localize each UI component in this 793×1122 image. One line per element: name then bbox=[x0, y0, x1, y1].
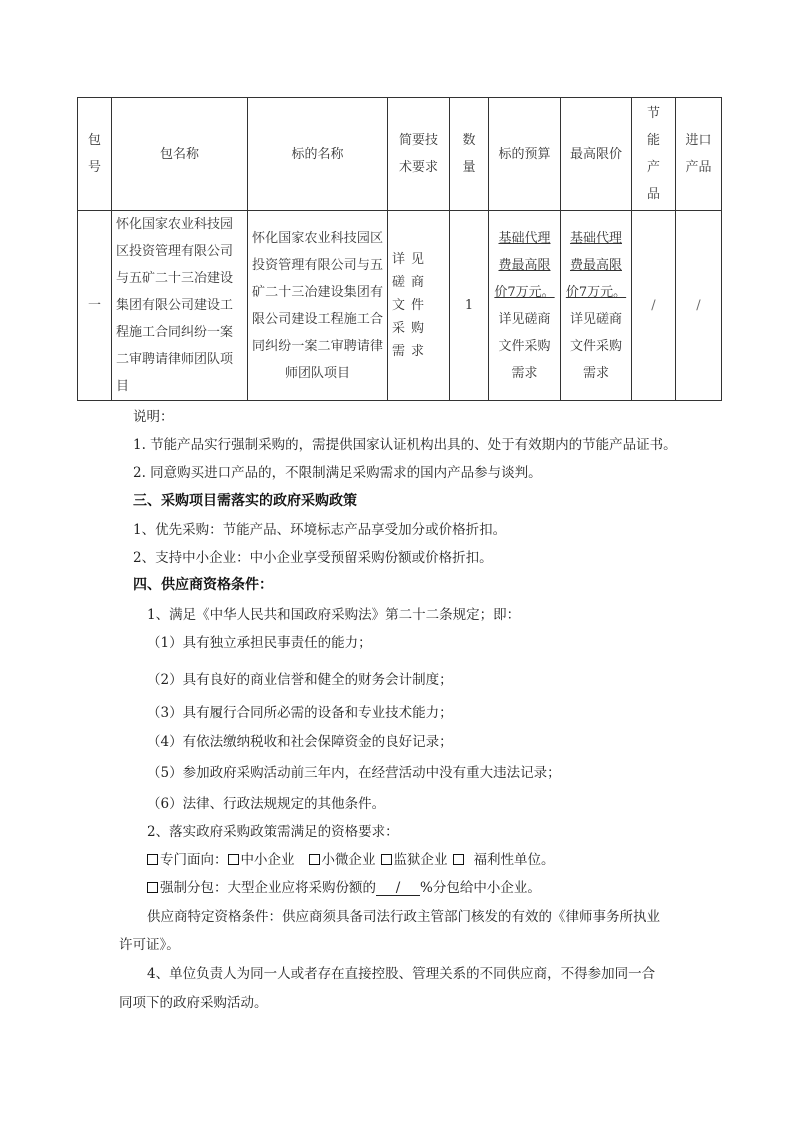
specific-qualification-line1: 供应商特定资格条件：供应商须具备司法行政主管部门核发的有效的《律师事务所执业 bbox=[147, 905, 660, 925]
cell-qty: 1 bbox=[450, 211, 489, 401]
note-item: 2. 同意购买进口产品的，不限制满足采购需求的国内产品参与谈判。 bbox=[133, 461, 542, 481]
item4-line1: 4、单位负责人为同一人或者存在直接控股、管理关系的不同供应商，不得参加同一合 bbox=[147, 962, 655, 982]
option-prison: 监狱企业 bbox=[394, 852, 448, 868]
max-price-note: 详见磋商文件采购需求 bbox=[565, 306, 627, 387]
table-header-row: 包 号 包名称 标的名称 简要技 术要求 数 量 标的预算 最高限价 节 能 产… bbox=[78, 98, 722, 211]
section4-heading: 四、供应商资格条件： bbox=[133, 574, 273, 594]
header-pkg-name: 包名称 bbox=[112, 98, 248, 211]
cell-energy: / bbox=[632, 211, 676, 401]
cell-max-price: 基础代理费最高限价7万元。 详见磋商文件采购需求 bbox=[561, 211, 632, 401]
header-text: 能 bbox=[636, 127, 671, 154]
budget-limit-text: 基础代理费最高限价7万元。 bbox=[493, 225, 556, 306]
section3-heading: 三、采购项目需落实的政府采购政策 bbox=[133, 490, 357, 510]
cell-pkg-name: 怀化国家农业科技园区投资管理有限公司与五矿二十三冶建设集团有限公司建设工程施工合… bbox=[112, 211, 248, 401]
header-qty: 数 量 bbox=[450, 98, 489, 211]
sub-item: （4）有依法缴纳税收和社会保障资金的良好记录； bbox=[147, 730, 453, 750]
cell-tech-req: 详见磋商文件采购需求 bbox=[388, 211, 450, 401]
specific-qualification-line2: 许可证》。 bbox=[119, 933, 180, 953]
header-text: 数 bbox=[454, 127, 484, 154]
cell-target-name: 怀化国家农业科技园区投资管理有限公司与五矿二十三冶建设集团有限公司建设工程施工合… bbox=[248, 211, 388, 401]
section3-item: 2、支持中小企业：中小企业享受预留采购份额或价格折扣。 bbox=[133, 546, 493, 566]
dedicated-label: 专门面向： bbox=[160, 852, 228, 868]
cell-pkg-no: 一 bbox=[78, 211, 112, 401]
option-sme: 中小企业 bbox=[241, 852, 295, 868]
header-text: 节 bbox=[636, 100, 671, 127]
sub-item: （6）法律、行政法规规定的其他条件。 bbox=[147, 792, 385, 812]
sub-item: （1）具有独立承担民事责任的能力； bbox=[147, 631, 372, 651]
header-import: 进口 产品 bbox=[676, 98, 722, 211]
header-text: 量 bbox=[454, 154, 484, 181]
sub-item: （2）具有良好的商业信誉和健全的财务会计制度； bbox=[147, 668, 453, 688]
header-tech-req: 简要技 术要求 bbox=[388, 98, 450, 211]
budget-note: 详见磋商文件采购需求 bbox=[493, 306, 556, 387]
section3-item: 1、优先采购：节能产品、环境标志产品享受加分或价格折扣。 bbox=[133, 518, 506, 538]
checkbox-micro[interactable] bbox=[309, 854, 320, 865]
cell-budget: 基础代理费最高限价7万元。 详见磋商文件采购需求 bbox=[489, 211, 561, 401]
item4-line2: 同项下的政府采购活动。 bbox=[119, 991, 268, 1011]
header-text: 简要技 bbox=[392, 127, 445, 154]
max-price-limit-text: 基础代理费最高限价7万元。 bbox=[565, 225, 627, 306]
cell-import: / bbox=[676, 211, 722, 401]
checkbox-welfare[interactable] bbox=[453, 854, 464, 865]
header-text: 产 bbox=[636, 154, 671, 181]
subcontract-row: 强制分包：大型企业应将采购份额的/%分包给中小企业。 bbox=[147, 876, 541, 896]
sub-item: （5）参加政府采购活动前三年内，在经营活动中没有重大违法记录； bbox=[147, 761, 561, 781]
section4-item2: 2、落实政府采购政策需满足的资格要求： bbox=[147, 820, 399, 840]
header-text: 品 bbox=[636, 181, 671, 208]
header-max-price: 最高限价 bbox=[561, 98, 632, 211]
note-item: 1. 节能产品实行强制采购的，需提供国家认证机构出具的、处于有效期内的节能产品证… bbox=[133, 433, 677, 453]
dedicated-row: 专门面向：中小企业小微企业监狱企业福利性单位。 bbox=[147, 848, 555, 868]
table-row: 一 怀化国家农业科技园区投资管理有限公司与五矿二十三冶建设集团有限公司建设工程施… bbox=[78, 211, 722, 401]
header-text: 进口 bbox=[680, 127, 717, 154]
header-budget: 标的预算 bbox=[489, 98, 561, 211]
subcontract-suffix: %分包给中小企业。 bbox=[420, 880, 541, 896]
header-text: 包 bbox=[82, 127, 107, 154]
section4-item1: 1、满足《中华人民共和国政府采购法》第二十二条规定；即： bbox=[147, 603, 520, 623]
header-text: 产品 bbox=[680, 154, 717, 181]
subcontract-label: 强制分包：大型企业应将采购份额的 bbox=[160, 880, 376, 896]
header-text: 号 bbox=[82, 154, 107, 181]
header-text: 术要求 bbox=[392, 154, 445, 181]
option-welfare: 福利性单位。 bbox=[474, 852, 555, 868]
procurement-table: 包 号 包名称 标的名称 简要技 术要求 数 量 标的预算 最高限价 节 能 产… bbox=[77, 97, 722, 401]
header-target-name: 标的名称 bbox=[248, 98, 388, 211]
notes-title: 说明： bbox=[133, 405, 174, 425]
header-pkg-no: 包 号 bbox=[78, 98, 112, 211]
subcontract-percent-field[interactable]: / bbox=[376, 881, 420, 896]
sub-item: （3）具有履行合同所必需的设备和专业技术能力； bbox=[147, 701, 453, 721]
option-micro: 小微企业 bbox=[322, 852, 376, 868]
checkbox-subcontract[interactable] bbox=[147, 882, 158, 893]
checkbox-dedicated[interactable] bbox=[147, 854, 158, 865]
header-energy: 节 能 产 品 bbox=[632, 98, 676, 211]
checkbox-sme[interactable] bbox=[228, 854, 239, 865]
checkbox-prison[interactable] bbox=[381, 854, 392, 865]
